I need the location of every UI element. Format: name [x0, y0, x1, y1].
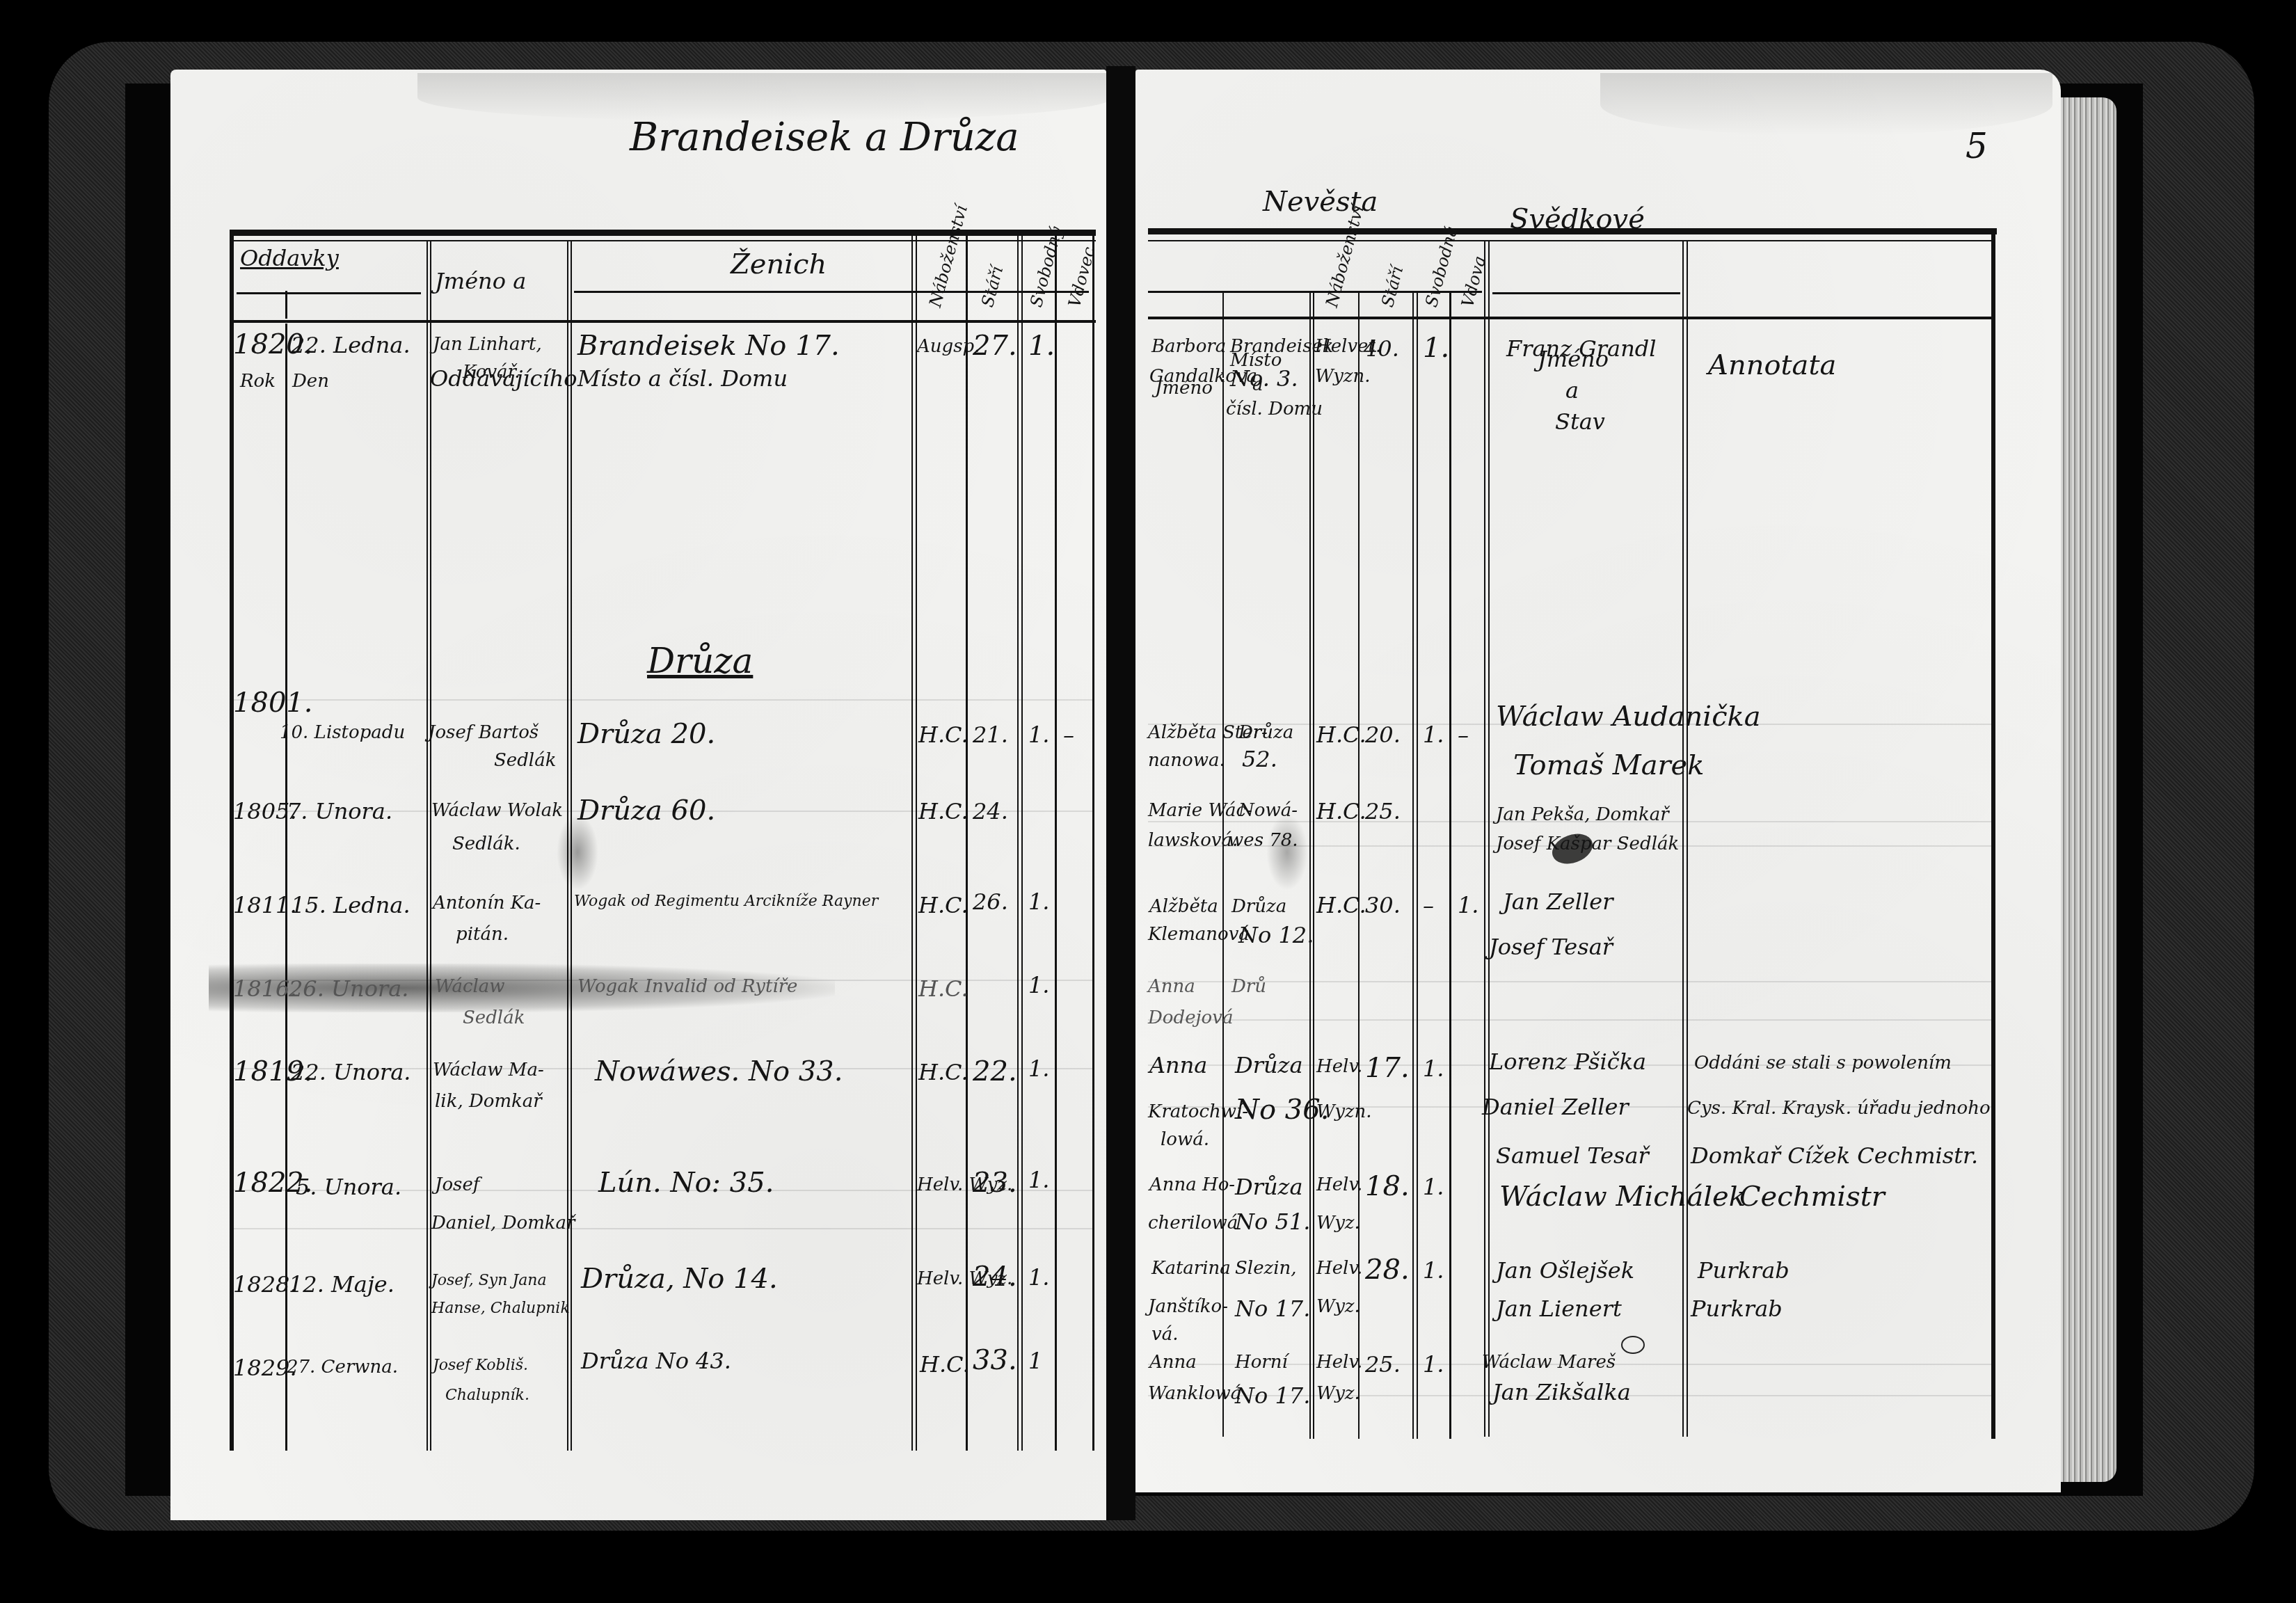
entry-annotata-l2: Purkrab: [1691, 1298, 1783, 1320]
entry-nevesta-jmeno-l2: Wanklowá: [1148, 1385, 1241, 1403]
entry-annotata-l3: Domkař Cížek Cechmistr.: [1691, 1145, 1978, 1167]
entry-nevesta-jmeno-l2: Klemanová: [1148, 925, 1250, 943]
table-left-border: [230, 230, 234, 1451]
entry-nevesta-jmeno-l3: vá.: [1151, 1325, 1178, 1343]
entry-stari: 27.: [973, 332, 1017, 360]
entry-oddavajici-l2: Chalupník.: [445, 1388, 529, 1403]
column-divider: [1017, 230, 1019, 1451]
header-den: Den: [292, 372, 329, 390]
column-divider: [966, 230, 968, 1451]
header-svedkove: Svědkové: [1510, 205, 1645, 233]
entry-svobodny: 1.: [1028, 891, 1050, 913]
entry-nevesta-misto-l2: No 36.: [1235, 1096, 1329, 1124]
entry-misto: Wogak Invalid od Rytíře: [577, 978, 797, 996]
entry-nevesta-misto-l2: 52.: [1242, 748, 1277, 770]
book-gutter: [1106, 66, 1135, 1520]
entry-nevesta-jmeno-l2: cherilowá: [1148, 1214, 1238, 1232]
entry-nevesta-jmeno-l2: nanowa.: [1148, 751, 1225, 769]
entry-den: 26. Unora.: [289, 978, 408, 1000]
entry-nabozenstvi: Augsp.: [917, 337, 980, 356]
entry-nevesta-nab-l2: Wyz.: [1316, 1214, 1360, 1232]
entry-svedek: Jan Zikšalka: [1492, 1381, 1631, 1403]
entry-nabozenstvi: H.C.: [918, 724, 968, 746]
header-subdivider: [1492, 292, 1680, 294]
entry-nevesta-nab: H.C.: [1316, 800, 1366, 822]
entry-nevesta-jmeno-l1: Alžběta: [1149, 898, 1218, 916]
entry-nevesta-jmeno-l2: Janštíko-: [1148, 1298, 1228, 1316]
column-divider: [1449, 291, 1451, 1439]
entry-svobodny: 1.: [1028, 1058, 1050, 1080]
column-divider: [285, 291, 287, 319]
entry-annotata-l1: Oddáni se stali s powolením: [1694, 1054, 1952, 1072]
entry-nabozenstvi: H.C.: [918, 894, 968, 916]
entry-svobodny: 1.: [1028, 332, 1055, 360]
table-right-border: [1991, 228, 1995, 1439]
entry-stari: 26.: [973, 891, 1008, 913]
entry-oddavajici-l1: Josef: [435, 1176, 479, 1194]
entry-oddavajici-l1: Jan Linhart,: [433, 335, 542, 353]
header-oddavajici-l1: Jméno a: [435, 270, 526, 292]
entry-den: 22. Ledna.: [291, 334, 410, 356]
entry-oddavajici-l2: pitán.: [456, 925, 509, 943]
entry-svedek: Josef Tesař: [1489, 936, 1613, 958]
entry-nevesta-nab-l1: Helv.: [1316, 1353, 1362, 1371]
entry-nevesta-misto-l1: Horní: [1235, 1353, 1288, 1371]
entry-den: 7. Unora.: [287, 800, 392, 822]
entry-nevesta-misto-l2: wes 78.: [1228, 831, 1298, 850]
entry-stari: 21.: [973, 724, 1008, 746]
entry-nabozenstvi: H.C.: [918, 978, 968, 1000]
entry-nabozenstvi: H.C.: [918, 1061, 968, 1083]
entry-vdovec: –: [1063, 724, 1074, 746]
entry-svedek: Josef Kašpar Sedlák: [1496, 835, 1679, 853]
entry-den: 15. Ledna.: [291, 894, 410, 916]
entry-nevesta-nab-l1: Helv.: [1316, 1058, 1362, 1076]
entry-nevesta-stari: 25.: [1365, 1353, 1401, 1375]
entry-nevesta-jmeno-l1: Anna: [1148, 978, 1195, 996]
entry-oddavajici-l1: Antonín Ka-: [433, 894, 541, 912]
column-divider: [1021, 230, 1023, 1451]
entry-nevesta-misto-l2: No. 3.: [1230, 367, 1298, 390]
entry-nevesta-stari: 28.: [1365, 1256, 1410, 1284]
entry-nevesta-nab-l2: Wyz.: [1316, 1385, 1360, 1403]
entry-misto: Nowáwes. No 33.: [595, 1058, 843, 1085]
entry-svobodny: 1.: [1028, 724, 1050, 746]
entry-nevesta-jmeno-l2: lawsková.: [1148, 831, 1238, 850]
entry-svedek: Samuel Tesař: [1496, 1145, 1649, 1167]
entry-nevesta-svobodna: 1.: [1423, 1259, 1444, 1282]
entry-stari: 22.: [973, 1058, 1017, 1085]
entry-nevesta-jmeno-l1: Marie Wác-: [1148, 801, 1252, 820]
entry-nabozenstvi: H.C.: [920, 1353, 970, 1375]
entry-nevesta-misto-l1: Drůza: [1235, 1176, 1303, 1198]
entry-svedek: Jan Ošlejšek: [1496, 1259, 1634, 1282]
entry-svedek: Daniel Zeller: [1482, 1096, 1629, 1118]
entry-oddavajici-l2: Daniel, Domkař: [431, 1214, 575, 1232]
entry-oddavajici-l1: Wáclaw Wolak: [431, 801, 563, 820]
entry-misto: Drůza 60.: [577, 797, 715, 824]
entry-nevesta-nab-l1: Helv.: [1316, 1259, 1362, 1277]
entry-svobodny: 1.: [1028, 1266, 1050, 1289]
entry-den: 5. Unora.: [296, 1176, 401, 1198]
column-divider: [1412, 291, 1414, 1439]
header-jmeno-stav-l2: a: [1565, 379, 1579, 401]
entry-svedek: Lorenz Pšička: [1489, 1051, 1646, 1073]
entry-nevesta-misto-l2: No 17.: [1235, 1385, 1310, 1407]
entry-nevesta-svobodna: –: [1423, 894, 1434, 916]
entry-oddavajici-l1: Josef Bartoš: [428, 724, 539, 742]
entry-oddavajici-l2: Sedlák: [494, 751, 556, 769]
entry-nevesta-nab-l2: Wyzn.: [1316, 1103, 1372, 1121]
column-divider: [1488, 240, 1490, 1437]
section-heading-druza: Drůza: [647, 644, 753, 678]
header-annotata: Annotata: [1708, 351, 1836, 379]
entry-nevesta-stari: 20.: [1365, 724, 1401, 746]
entry-misto: Wogak od Regimentu Arcikníže Rayner: [574, 894, 878, 909]
column-divider: [426, 240, 428, 1451]
entry-nevesta-jmeno-l1: Anna: [1149, 1054, 1207, 1076]
entry-nevesta-misto-l2: No 51.: [1235, 1211, 1310, 1233]
header-jmeno-stav-l3: Stav: [1555, 410, 1605, 433]
entry-svedek: Jan Pekša, Domkař: [1496, 806, 1669, 824]
entry-nevesta-stari: 18.: [1365, 1172, 1410, 1200]
entry-oddavajici-l2: Hanse, Chalupnik: [431, 1301, 570, 1316]
ruling-line: [1148, 1019, 1993, 1021]
entry-nevesta-nab: H.C.: [1316, 724, 1366, 746]
ruling-line: [232, 1228, 1094, 1229]
entry-misto: Brandeisek No 17.: [577, 332, 840, 360]
entry-oddavajici-l2: Sedlák.: [452, 835, 520, 853]
entry-nevesta-svobodna: 1.: [1423, 1176, 1444, 1198]
entry-svedek: Jan Lienert: [1496, 1298, 1622, 1320]
entry-oddavajici-l1: Josef, Syn Jana: [431, 1273, 547, 1289]
entry-oddavajici-l2: Sedlák: [463, 1009, 525, 1027]
entry-nevesta-jmeno-l3: lowá.: [1161, 1131, 1209, 1149]
header-bottom-border: [233, 320, 1096, 323]
entry-nevesta-misto-l2: No 12.: [1238, 924, 1314, 946]
entry-misto: Drůza, No 14.: [581, 1265, 778, 1293]
entry-annotata-l2: Cys. Kral. Kraysk. úřadu jednoho: [1687, 1099, 1991, 1117]
entry-misto: Drůza 20.: [577, 720, 715, 748]
entry-nevesta-misto-l1: Drůza: [1235, 1054, 1303, 1076]
header-misto: Místo a čísl. Domu: [577, 367, 788, 390]
ruling-line: [232, 699, 1094, 701]
header-zenich: Ženich: [731, 250, 827, 278]
entry-oddavajici-l2: lik, Domkař: [435, 1092, 542, 1110]
header-oddavky: Oddavky: [240, 247, 339, 269]
entry-nevesta-jmeno-l1: Barbora: [1151, 337, 1226, 356]
entry-nevesta-svobodna: 1.: [1423, 724, 1444, 746]
header-rok: Rok: [240, 372, 276, 390]
entry-svedek: Wáclaw Michálek: [1499, 1183, 1746, 1211]
entry-nevesta-misto-l1: Slezin,: [1235, 1259, 1297, 1277]
entry-nevesta-stari: 25.: [1365, 800, 1401, 822]
entry-svobodny: 1: [1028, 1350, 1042, 1372]
entry-nevesta-svobodna: 1.: [1423, 1058, 1444, 1080]
entry-den: 10. Listopadu: [280, 724, 405, 742]
header-subdivider: [237, 292, 421, 294]
entry-nevesta-svobodna: 1.: [1423, 334, 1449, 362]
entry-nevesta-misto: Drů: [1231, 978, 1266, 996]
entry-misto: Drůza No 43.: [581, 1350, 731, 1372]
entry-annotata-l4: Cechmistr: [1739, 1183, 1885, 1211]
column-divider: [911, 230, 913, 1451]
entry-nabozenstvi: H.C.: [918, 800, 968, 822]
column-divider: [1417, 291, 1418, 1439]
entry-nevesta-misto-l1: Drůza: [1231, 898, 1286, 916]
entry-nevesta-vdova: 1.: [1458, 894, 1479, 916]
entry-svedek: Franz Grandl: [1506, 337, 1656, 360]
entry-stari: 23.: [973, 1169, 1017, 1197]
entry-svedek: Tomaš Marek: [1513, 751, 1705, 779]
entry-oddavajici-l1: Wáclaw: [435, 978, 505, 996]
entry-den: 12. Maje.: [289, 1273, 394, 1295]
column-divider: [1055, 230, 1057, 1451]
entry-nevesta-svobodna: 1.: [1423, 1353, 1444, 1375]
entry-nevesta-nab-l1: Helv.: [1316, 1176, 1362, 1194]
entry-rok: 1816.: [233, 978, 297, 1000]
entry-nevesta-stari: 30.: [1365, 894, 1401, 916]
ruling-line: [1148, 981, 1993, 982]
entry-svobodny: 1.: [1028, 1169, 1050, 1191]
entry-nevesta-nab: H.C.: [1316, 894, 1366, 916]
entry-nevesta-jmeno-l1: Anna Ho-: [1149, 1176, 1235, 1194]
entry-svedek: Wáclaw Mareš: [1482, 1353, 1616, 1371]
column-divider: [1309, 291, 1311, 1439]
page-title: Brandeisek a Drůza: [630, 118, 1019, 157]
entry-misto: Lún. No: 35.: [598, 1169, 774, 1197]
entry-oddavajici-l1: Wáclaw Ma-: [433, 1061, 544, 1079]
column-divider: [1484, 240, 1485, 1437]
entry-nevesta-stari: 40.: [1364, 337, 1399, 360]
column-divider: [1222, 291, 1224, 378]
column-divider: [1313, 291, 1314, 1439]
entry-stari: 33.: [973, 1346, 1017, 1374]
entry-nevesta-vdova: –: [1458, 724, 1469, 746]
column-divider: [1682, 240, 1684, 1437]
entry-oddavajici-l1: Josef Kobliš.: [433, 1358, 528, 1373]
entry-nevesta-jmeno-l2: Kratochwí-: [1148, 1103, 1248, 1121]
circled-mark: [1621, 1336, 1645, 1354]
header-misto-l3: čísl. Domu: [1226, 400, 1323, 418]
page-edges: [2061, 97, 2116, 1482]
entry-svedek: Jan Zeller: [1503, 891, 1613, 913]
entry-svobodny: 1.: [1028, 974, 1050, 996]
entry-nevesta-jmeno-l1: Katarina: [1151, 1259, 1231, 1277]
entry-annotata-l1: Purkrab: [1698, 1259, 1789, 1282]
entry-den: 22. Unora.: [291, 1061, 410, 1083]
entry-oddavajici-l2: Kovář.: [463, 363, 520, 381]
entry-nevesta-misto-l1: Nowá-: [1238, 801, 1298, 820]
table-top-inner-border: [1148, 240, 1993, 241]
entry-nevesta-jmeno-l2: Dodejová: [1148, 1009, 1233, 1027]
column-divider: [1687, 240, 1688, 1437]
entry-svedek: Wáclaw Audanička: [1496, 703, 1761, 731]
entry-rok: 1801.: [233, 689, 313, 717]
ink-smudge: [1266, 814, 1308, 891]
column-divider: [430, 240, 431, 1451]
entry-rok: 1811.: [233, 894, 297, 916]
entry-rok: 1828.: [233, 1273, 297, 1295]
entry-nevesta-nab-l2: Wyzn.: [1315, 367, 1371, 385]
entry-stari: 24.: [973, 1263, 1017, 1291]
entry-nevesta-nab-l2: Wyz.: [1316, 1298, 1360, 1316]
column-divider: [916, 230, 917, 1451]
entry-nevesta-misto-l2: No 17.: [1235, 1298, 1310, 1320]
entry-den: 27. Cerwna.: [287, 1358, 398, 1376]
header-subdivider: [574, 291, 1089, 293]
page-number: 5: [1966, 129, 1988, 164]
table-right-border: [1092, 230, 1094, 1451]
entry-nevesta-jmeno-l1: Anna: [1149, 1353, 1197, 1371]
header-bottom-border: [1148, 317, 1993, 319]
entry-nevesta-misto-l1: Drůza: [1238, 724, 1293, 742]
entry-stari: 24.: [973, 800, 1008, 822]
entry-nevesta-stari: 17.: [1365, 1054, 1410, 1082]
